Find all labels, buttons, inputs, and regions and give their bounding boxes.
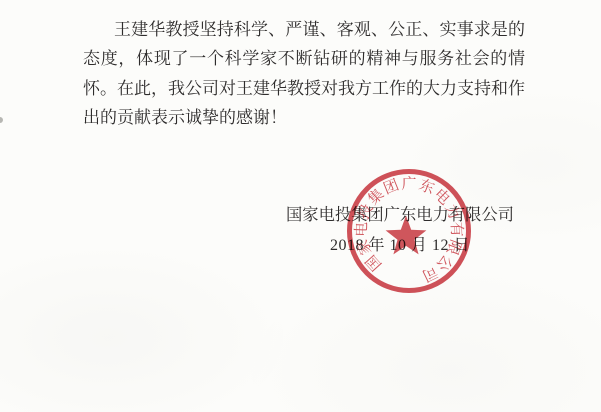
body-line-4: 出的贡献表示诚挚的感谢！ xyxy=(83,103,525,132)
svg-text:家: 家 xyxy=(354,237,375,257)
svg-text:电: 电 xyxy=(352,222,371,238)
svg-text:有: 有 xyxy=(447,222,465,238)
scan-artifact xyxy=(0,117,3,123)
body-line-2: 态度，体现了一个科学家不断钻研的精神与服务社会的情 xyxy=(83,44,525,73)
company-seal: 国家电投集团广东电力有限公司 xyxy=(339,161,479,301)
body-line-1: 王建华教授坚持科学、严谨、客观、公正、实事求是的 xyxy=(83,15,525,44)
document-page: 王建华教授坚持科学、严谨、客观、公正、实事求是的 态度，体现了一个科学家不断钻研… xyxy=(0,0,601,412)
svg-text:广: 广 xyxy=(401,175,416,192)
star-icon xyxy=(386,216,427,255)
letter-body: 王建华教授坚持科学、严谨、客观、公正、实事求是的 态度，体现了一个科学家不断钻研… xyxy=(83,15,525,133)
body-line-3: 怀。在此，我公司对王建华教授对我方工作的大力支持和作 xyxy=(83,74,525,103)
